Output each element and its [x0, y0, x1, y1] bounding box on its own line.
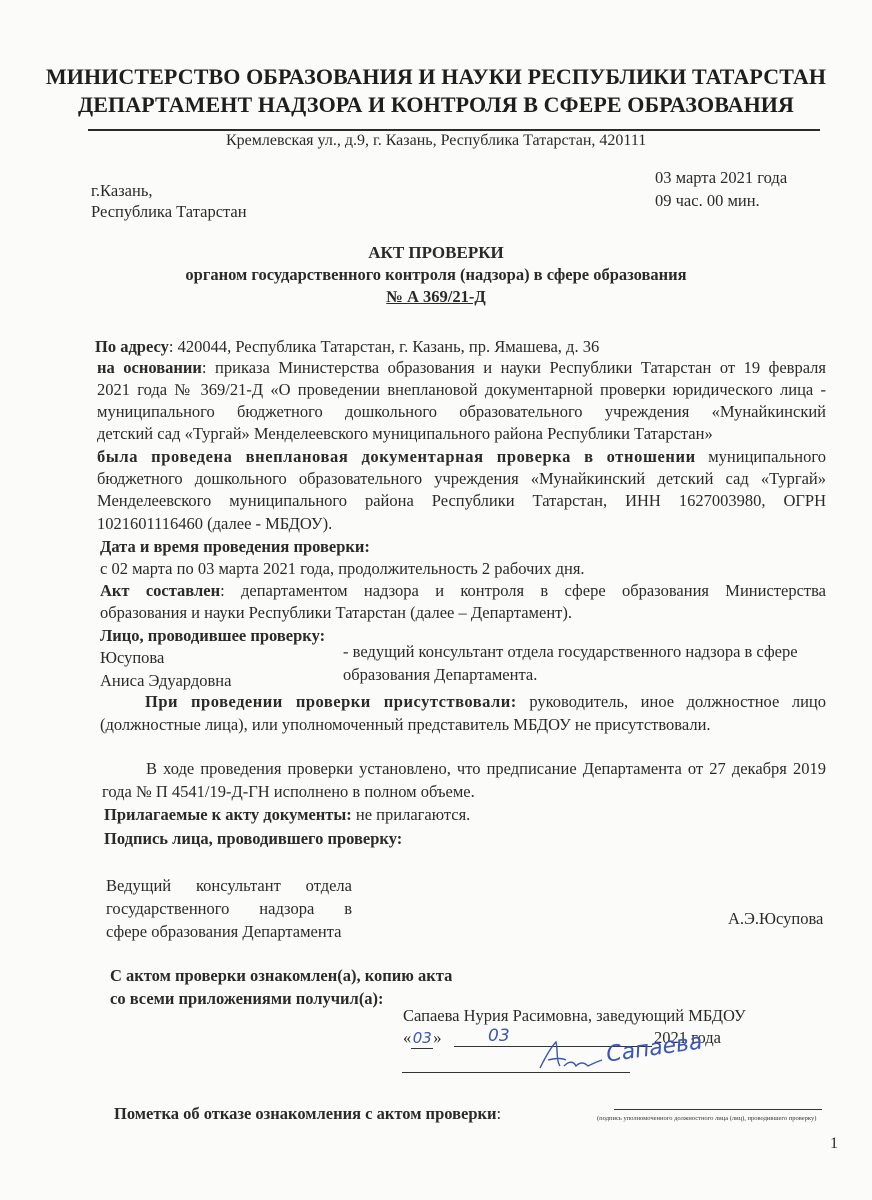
inspector-surname: Юсупова [100, 648, 164, 668]
inspector-role-2: образования Департамента. [343, 665, 537, 685]
basis-line-3: муниципального бюджетного дошкольного об… [97, 402, 826, 422]
attached-line: Прилагаемые к акту документы: не прилага… [104, 805, 470, 825]
place-region: Республика Татарстан [91, 202, 247, 222]
inspector-name: Аниса Эдуардовна [100, 671, 231, 691]
department-title: ДЕПАРТАМЕНТ НАДЗОРА И КОНТРОЛЯ В СФЕРЕ О… [0, 92, 872, 118]
refusal-label: Пометка об отказе ознакомления с актом п… [114, 1104, 501, 1124]
conducted-line-3: Менделеевского муниципального района Рес… [97, 491, 826, 511]
finding-line-1: В ходе проведения проверки установлено, … [146, 759, 826, 779]
composed-label: Акт составлен [100, 581, 220, 600]
date-label: Дата и время проведения проверки: [100, 537, 370, 557]
composed-line-1: Акт составлен: департаментом надзора и к… [100, 581, 826, 601]
signatory-name: А.Э.Юсупова [728, 909, 823, 929]
basis-label: на основании [97, 358, 202, 377]
basis-line-2: 2021 года № 369/21-Д «О проведении внепл… [97, 380, 826, 400]
act-number: № А 369/21-Д [0, 287, 872, 307]
act-subtitle: органом государственного контроля (надзо… [0, 265, 872, 285]
conducted-label: была проведена внеплановая документарная… [97, 447, 696, 466]
refusal-signature-line[interactable] [614, 1109, 822, 1110]
ack-label-2: со всеми приложениями получил(а): [110, 989, 384, 1009]
inspector-role-1: - ведущий консультант отдела государстве… [343, 642, 798, 662]
refusal-caption: (подпись уполномоченного должностного ли… [597, 1115, 816, 1122]
signature-scribble-icon [536, 1036, 606, 1074]
present-line-1: При проведении проверки присутствовали: … [145, 692, 826, 712]
address-label: По адресу [95, 337, 169, 356]
signatory-position-1: Ведущий консультант отдела [106, 876, 352, 896]
signatory-position-3: сфере образования Департамента [106, 922, 341, 942]
attached-value: не прилагаются. [352, 805, 471, 824]
signature-label: Подпись лица, проводившего проверку: [104, 829, 402, 849]
act-time: 09 час. 00 мин. [655, 191, 760, 211]
basis-line-1: на основании: приказа Министерства образ… [97, 358, 826, 378]
date-value: с 02 марта по 03 марта 2021 года, продол… [100, 559, 585, 579]
address-value: : 420044, Республика Татарстан, г. Казан… [169, 337, 599, 356]
handwritten-day: 03 [411, 1028, 433, 1049]
act-title: АКТ ПРОВЕРКИ [0, 243, 872, 263]
handwritten-month[interactable]: 03 [488, 1026, 510, 1046]
conducted-line-4: 1021601116460 (далее - МБДОУ). [97, 514, 332, 534]
ack-label-1: С актом проверки ознакомлен(а), копию ак… [110, 966, 452, 986]
handwritten-signature[interactable] [536, 1036, 606, 1079]
page-number: 1 [830, 1134, 838, 1154]
composed-line-2: образования и науки Республики Татарстан… [100, 603, 572, 623]
inspector-label: Лицо, проводившее проверку: [100, 626, 325, 646]
place-city: г.Казань, [91, 181, 152, 201]
act-date: 03 марта 2021 года [655, 168, 787, 188]
conducted-line-2: бюджетного дошкольного образовательного … [97, 469, 826, 489]
finding-line-2: года № П 4541/19-Д-ГН исполнено в полном… [102, 782, 475, 802]
signatory-position-2: государственного надзора в [106, 899, 352, 919]
conducted-line-1: была проведена внеплановая документарная… [97, 447, 826, 467]
basis-line-4: детский сад «Тургай» Менделеевского муни… [97, 424, 713, 444]
present-label: При проведении проверки присутствовали: [145, 692, 517, 711]
attached-label: Прилагаемые к акту документы: [104, 805, 352, 824]
ack-person: Сапаева Нурия Расимовна, заведующий МБДО… [403, 1006, 746, 1026]
address-line: По адресу: 420044, Республика Татарстан,… [95, 337, 599, 357]
department-address: Кремлевская ул., д.9, г. Казань, Республ… [226, 131, 646, 151]
ministry-title: МИНИСТЕРСТВО ОБРАЗОВАНИЯ И НАУКИ РЕСПУБЛ… [0, 64, 872, 90]
present-line-2: (должностные лица), или уполномоченный п… [100, 715, 711, 735]
ack-date-day[interactable]: «03» [403, 1028, 442, 1049]
handwritten-signature-name: Сапаева [605, 1029, 704, 1067]
